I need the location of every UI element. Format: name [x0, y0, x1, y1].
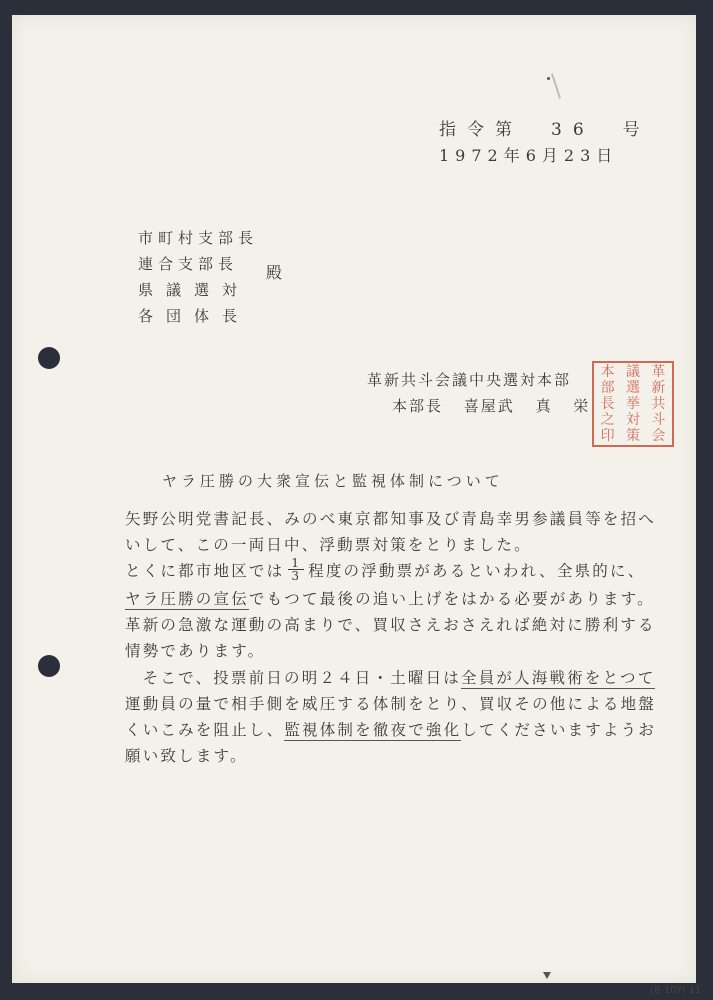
addressee-2: 連合支部長: [138, 253, 238, 274]
sender-title: 本部長: [392, 397, 443, 415]
seal-char: 会: [646, 429, 671, 443]
body-line-8: 運動員の量で相手側を威圧する体制をとり、買収その他による地盤: [125, 692, 656, 714]
sender-name-given-1: 真: [536, 397, 553, 415]
seal-char: 部: [595, 381, 620, 395]
fraction-denominator: 3: [291, 570, 301, 582]
body-line-3: とくに都市地区では13程度の浮動票があるといわれ、全県的に、: [125, 559, 645, 585]
body-line-2: いして、この一両日中、浮動票対策をとりました。: [125, 533, 532, 555]
seal-char: 挙: [620, 397, 645, 411]
sender-signature: 本部長 喜屋武 真 栄: [392, 395, 590, 416]
body-line-10: 願い致します。: [125, 744, 248, 766]
body-text: くいこみを阻止し、: [125, 721, 284, 739]
addressee-3: 県議選対: [138, 279, 250, 300]
directive-number: 指令第 36 号: [439, 115, 651, 140]
seal-char: 選: [620, 381, 645, 395]
seal-char: 長: [595, 397, 620, 411]
body-text: そこで、投票前日の明２４日・土曜日は: [125, 669, 461, 687]
underlined-phrase: ヤラ圧勝の宣伝: [125, 590, 249, 610]
scan-edge-mark: [543, 972, 551, 979]
seal-char: 革: [646, 365, 671, 379]
seal-char: 対: [620, 413, 645, 427]
underlined-phrase: 全員が人海戦術をとつて: [461, 669, 655, 689]
sender-name-given-2: 栄: [573, 397, 590, 415]
stray-ink-dot: [547, 77, 550, 80]
fraction-one-third: 13: [288, 557, 304, 582]
body-line-5: 革新の急激な運動の高まりで、買収さえおさえれば絶対に勝利する: [125, 613, 656, 635]
stray-pen-mark: [551, 73, 561, 98]
archive-margin-note: (8-10ｻ) 11: [650, 981, 701, 996]
sender-organization: 革新共斗会議中央選対本部: [367, 369, 571, 390]
body-line-1: 矢野公明党書記長、みのべ東京都知事及び青島幸男参議員等を招へ: [125, 507, 656, 529]
body-text: とくに都市地区では: [125, 562, 284, 580]
seal-char: 之: [595, 413, 620, 427]
red-official-seal: 本 部 長 之 印 議 選 挙 対 策 革 新 共 斗 会: [592, 361, 674, 447]
body-line-7: そこで、投票前日の明２４日・土曜日は全員が人海戦術をとつて: [125, 666, 655, 688]
punch-hole-top: [38, 347, 60, 369]
seal-char: 策: [620, 429, 645, 443]
body-text: 程度の浮動票があるといわれ、全県的に、: [308, 562, 645, 580]
seal-char: 斗: [646, 413, 671, 427]
document-date: 1972年6月23日: [439, 143, 618, 166]
body-text: してくださいますようお: [461, 721, 656, 739]
honorific: 殿: [266, 260, 282, 283]
subject-title: ヤラ圧勝の大衆宣伝と監視体制について: [162, 470, 504, 491]
body-line-6: 情勢であります。: [125, 639, 265, 661]
fraction-numerator: 1: [288, 557, 304, 570]
body-text: でもつて最後の追い上げをはかる必要があります。: [249, 590, 655, 608]
addressee-1: 市町村支部長: [138, 227, 258, 248]
sender-name-surname: 喜屋武: [464, 397, 515, 415]
seal-char: 議: [620, 365, 645, 379]
seal-char: 印: [595, 429, 620, 443]
seal-char: 本: [595, 365, 620, 379]
seal-char: 新: [646, 381, 671, 395]
body-line-4: ヤラ圧勝の宣伝でもつて最後の追い上げをはかる必要があります。: [125, 587, 655, 609]
underlined-phrase: 監視体制を徹夜で強化: [284, 721, 461, 741]
addressee-4: 各団体長: [138, 305, 250, 326]
document-page: 指令第 36 号 1972年6月23日 市町村支部長 連合支部長 県議選対 各団…: [12, 15, 696, 983]
body-line-9: くいこみを阻止し、監視体制を徹夜で強化してくださいますようお: [125, 718, 656, 740]
punch-hole-bottom: [38, 655, 60, 677]
seal-char: 共: [646, 397, 671, 411]
